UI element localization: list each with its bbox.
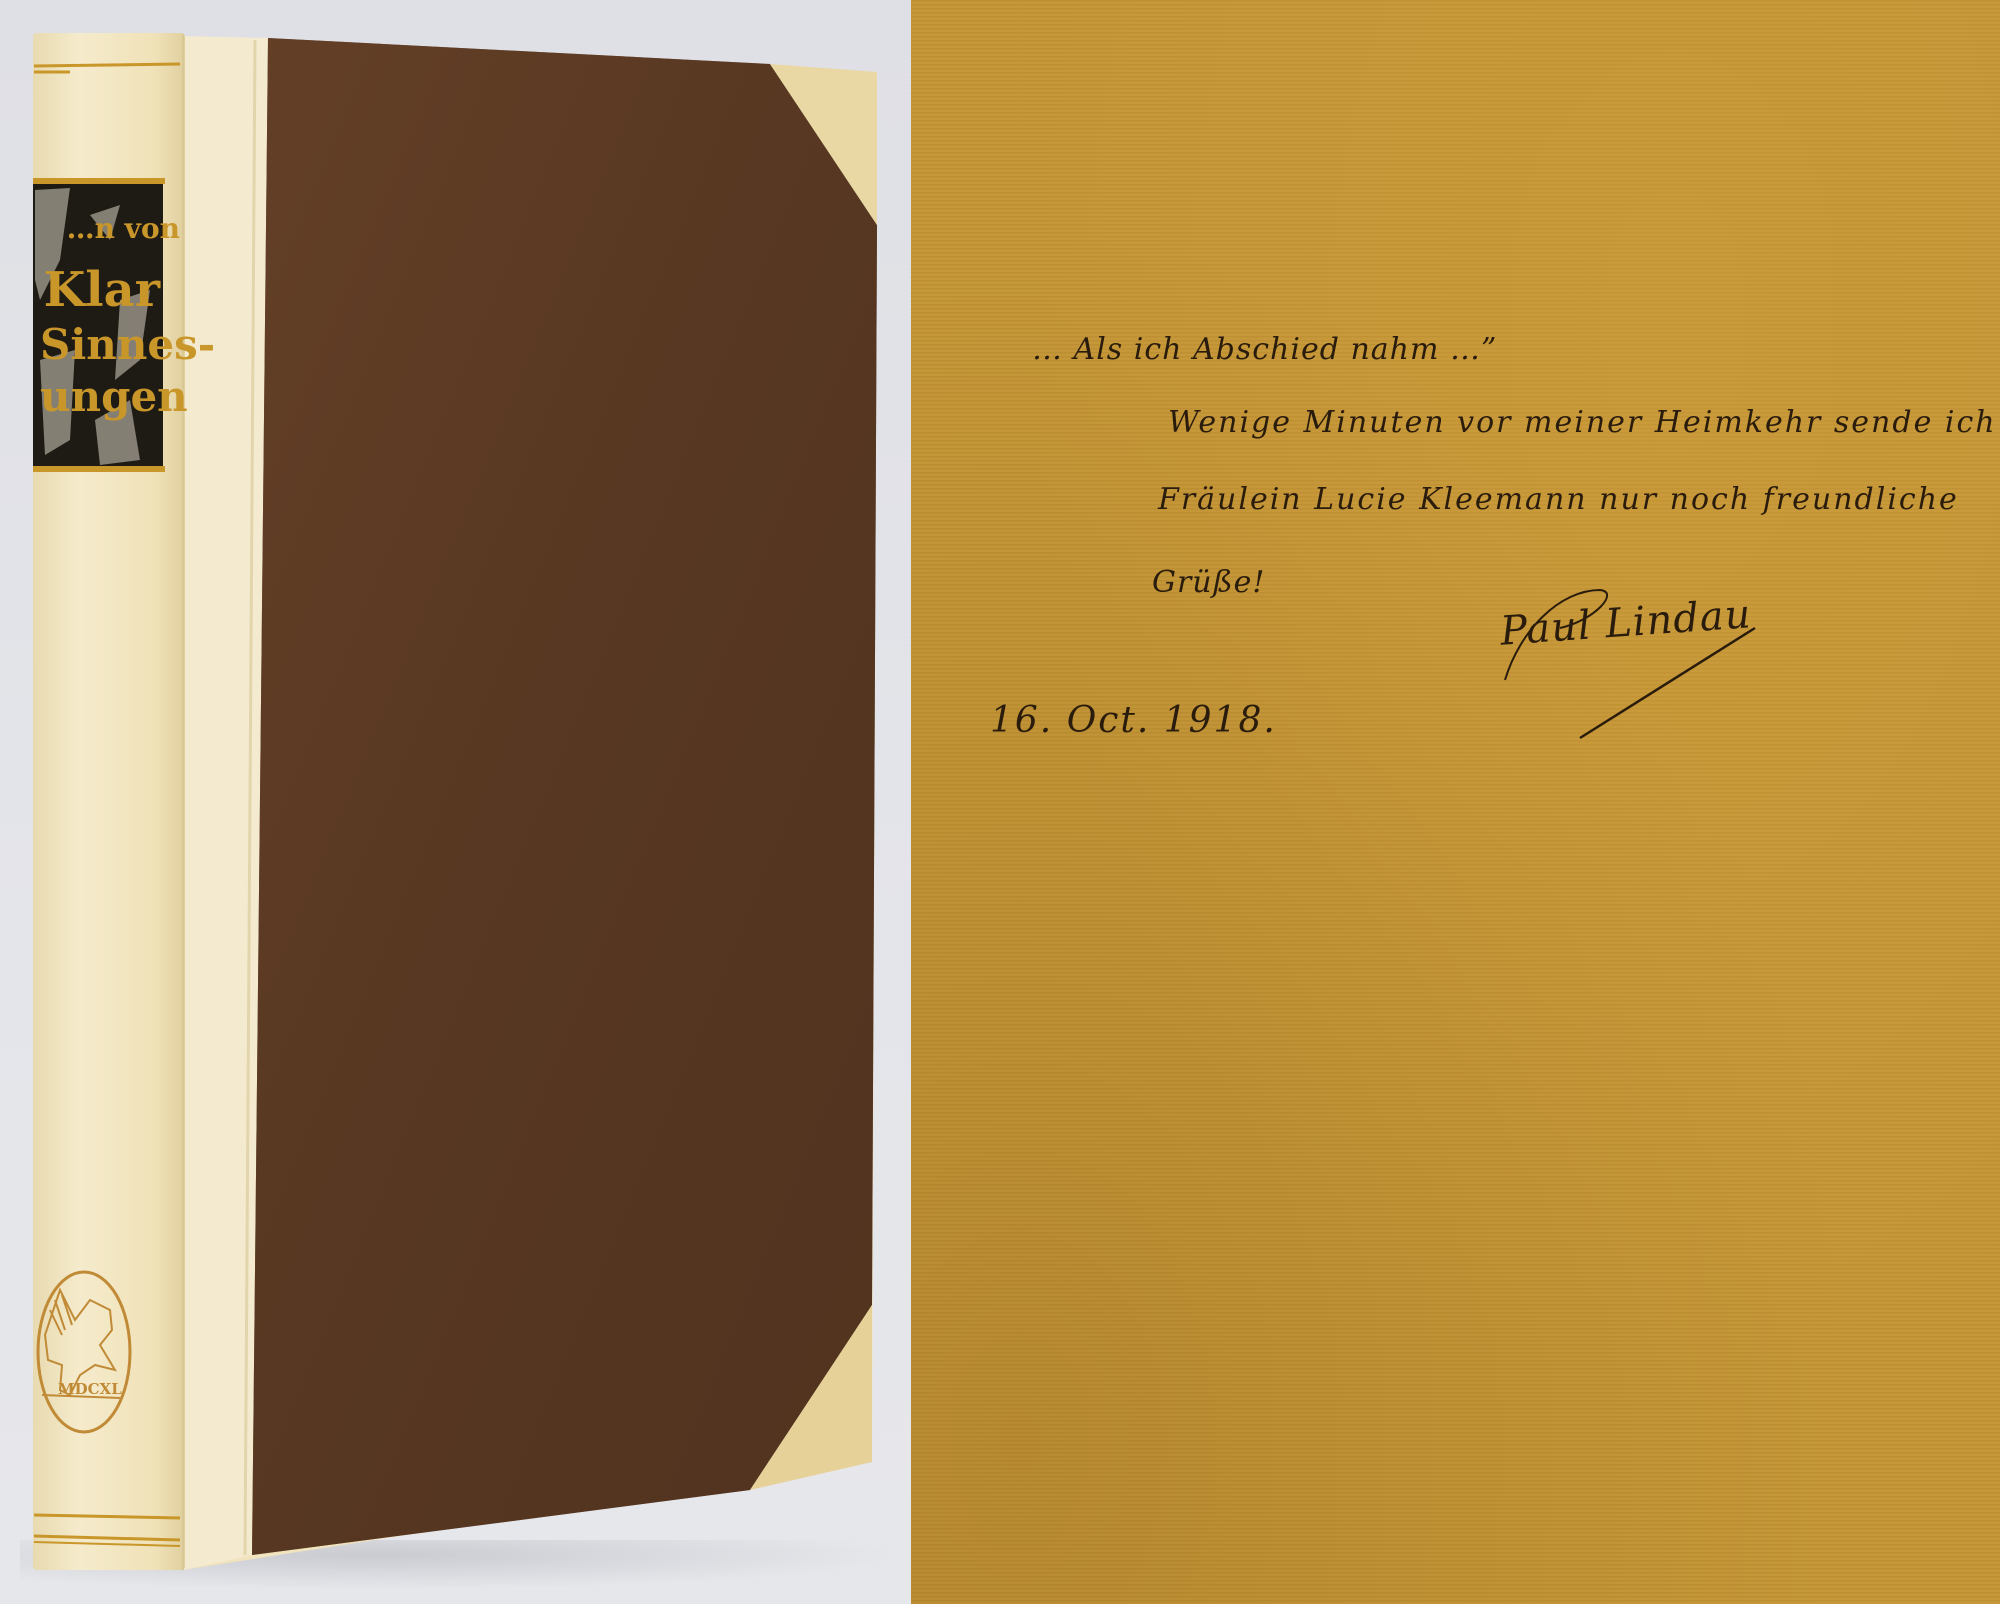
inscription-line-3: Fräulein Lucie Kleemann nur noch freundl…: [1158, 482, 1959, 517]
emblem-date-text: MDCXL: [58, 1380, 118, 1398]
inscription-line-4: Grüße!: [1152, 565, 1265, 600]
spine-title-line-1: …n von: [40, 212, 180, 245]
inscription-photo-panel: [911, 0, 2000, 1604]
spine-title-line-3: Sinnes-: [40, 320, 165, 369]
inscription-line-1: … Als ich Abschied nahm …”: [1032, 332, 1497, 367]
book-photo-panel: …n von Klar Sinnes- ungen MDCXL: [0, 0, 911, 1604]
spine-title-line-4: ungen: [40, 372, 170, 421]
inscription-date: 16. Oct. 1918.: [990, 700, 1277, 741]
inscription-line-2: Wenige Minuten vor meiner Heimkehr sende…: [1168, 405, 1997, 440]
spine-title-line-2: Klar: [40, 262, 160, 318]
